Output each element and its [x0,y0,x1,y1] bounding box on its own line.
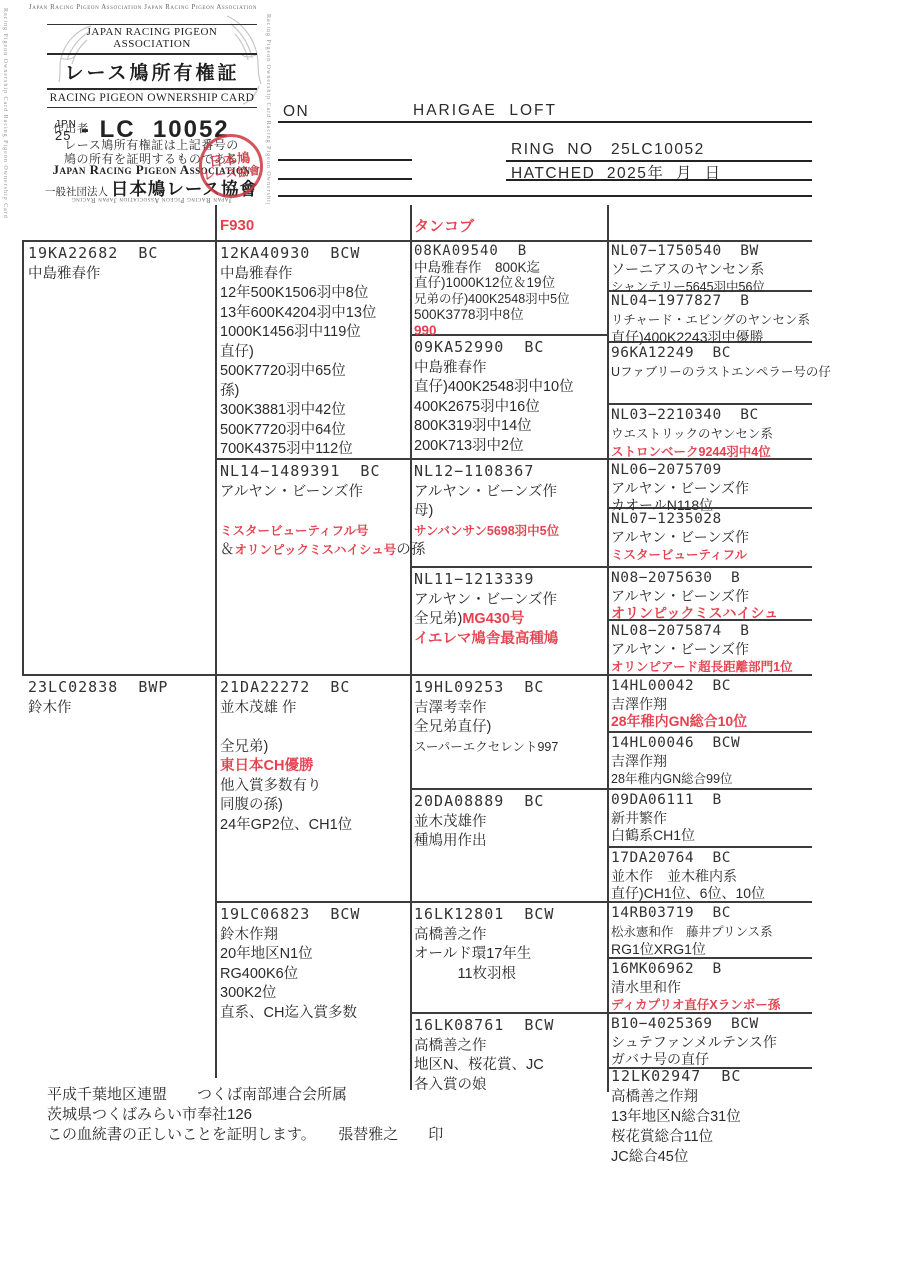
table-border [607,846,812,848]
ring-no-field: RING NO 25LC10052 [511,141,705,159]
card-bottom-strip-text: Japan Racing Pigeon Association Japan Ra… [25,196,278,203]
pedigree-cell-g3-4: NL11−1213339アルヤン・ビーンズ作全兄弟)MG430号イエレマ鳩舎最高… [414,570,604,649]
pedigree-cell-sire: 19KA22682 BC中島雅春作 [28,244,211,284]
table-border [410,566,812,568]
sire-grandsire-nickname-label: タンコブ [414,215,474,236]
table-border [22,240,24,676]
pedigree-cell-g4-8: NL08−2075874 Bアルヤン・ビーンズ作オリンピアード超長距離部門1位 [611,622,811,677]
footer-certification-line: この血統書の正しいことを証明します。 張替雅之 印 [47,1125,443,1145]
pedigree-cell-g4-11: 09DA06111 B新井繁作白鶴系CH1位 [611,791,811,845]
table-border [215,205,217,1078]
pedigree-cell-g4-5: NL06−2075709アルヤン・ビーンズ作カオールN118位 [611,461,811,515]
card-top-strip-text: Japan Racing Pigeon Association Japan Ra… [29,4,257,11]
card-title-english: RACING PIGEON OWNERSHIP CARD [47,90,257,108]
pedigree-cell-sire-sire: 12KA40930 BCW中島雅春作12年500K1506羽中8位13年600K… [220,244,406,460]
footer-federation-line: 平成千葉地区連盟 つくば南部連合会所属 [47,1085,347,1105]
pedigree-cell-g3-6: 20DA08889 BC並木茂雄作種鳩用作出 [414,792,604,852]
hatched-underline [506,179,812,181]
card-association-en: JAPAN RACING PIGEON ASSOCIATION [47,24,257,50]
table-border [607,731,812,733]
hidden-field-line-2 [278,178,412,180]
pedigree-cell-g3-1: 08KA09540 B中島雅春作 800K迄直仔)1000K12位＆19位兄弟の… [414,243,604,338]
loft-name-fragment: ON [283,103,309,121]
pedigree-cell-g4-9: 14HL00042 BC吉澤作翔28年稚内GN総合10位 [611,677,811,731]
pedigree-cell-g4-13: 14RB03719 BC松永憲和作 藤井プリンス系RG1位XRG1位 [611,904,811,959]
pedigree-cell-g4-12: 17DA20764 BC並木作 並木稚内系直仔)CH1位、6位、10位 [611,849,811,903]
pedigree-document: Racing Pigeon Ownership Card Racing Pige… [0,0,900,1272]
pedigree-cell-g3-3: NL12−1108367アルヤン・ビーンズ作母)サンバンサン5698羽中5位 [414,462,604,541]
header-bottom-line [278,195,812,197]
table-border [410,205,412,1090]
footer-address-line: 茨城県つくばみらい市奉社126 [47,1105,252,1125]
hidden-field-line-1 [278,159,412,161]
loft-underline [278,121,812,123]
pedigree-cell-g4-16: 12LK02947 BC高橋善之作翔13年地区N総合31位桜花賞総合11位JC総… [611,1066,811,1167]
pedigree-cell-dam-dam: 19LC06823 BCW鈴木作翔20年地区N1位RG400K6位300K2位直… [220,905,406,1023]
pedigree-cell-g4-10: 14HL00046 BCW吉澤作翔28年稚内GN総合99位 [611,734,811,789]
pedigree-cell-g4-2: NL04−1977827 Bリチャード・エビングのヤンセン系直仔)400K224… [611,292,811,347]
sire-sire-nickname-label: F930 [220,217,254,234]
pedigree-cell-g3-8: 16LK08761 BCW高橋善之作地区N、桜花賞、JC各入賞の娘 [414,1016,604,1095]
table-border [607,403,812,405]
ownership-card: Japan Racing Pigeon Association Japan Ra… [25,4,278,212]
pedigree-cell-g3-2: 09KA52990 BC中島雅春作直仔)400K2548羽中10位400K267… [414,338,604,456]
pedigree-cell-g4-1: NL07−1750540 BWソーニアスのヤンセン系シャンテリー5645羽中56… [611,242,811,297]
breeder-label: 作出者 [53,120,89,136]
pedigree-cell-sire-dam: NL14−1489391 BCアルヤン・ビーンズ作 ミスタービューティフル号＆オ… [220,462,406,561]
pedigree-cell-g3-7: 16LK12801 BCW高橋善之作オールド環17年生 11枚羽根 [414,905,604,984]
page-edge-rotated-text: Racing Pigeon Ownership Card Racing Pige… [2,8,8,218]
loft-name: HARIGAE LOFT [413,102,557,120]
pedigree-cell-g4-7: N08−2075630 Bアルヤン・ビーンズ作オリンピックミスハイシュ [611,569,811,623]
card-title-japanese: レース鳩所有権証 [47,53,257,90]
pedigree-cell-g4-15: B10−4025369 BCWシュテファンメルテンス作ガバナ号の直仔 [611,1015,811,1069]
pedigree-cell-g4-3: 96KA12249 BCUファブリーのラストエンペラー号の仔 [611,344,811,381]
pedigree-cell-g4-6: NL07−1235028アルヤン・ビーンズ作ミスタービューティフル [611,510,811,565]
pedigree-cell-g3-5: 19HL09253 BC吉澤考幸作全兄弟直仔)スーパーエクセレント997 [414,678,604,757]
pedigree-cell-dam-sire: 21DA22272 BC並木茂雄 作 全兄弟)東日本CH優勝他入賞多数有り同腹の… [220,678,406,835]
pedigree-cell-g4-14: 16MK06962 B清水里和作ディカプリオ直仔Xランボー孫 [611,960,811,1015]
pedigree-cell-dam: 23LC02838 BWP鈴木作 [28,678,211,718]
pedigree-cell-g4-4: NL03−2210340 BCウエストリックのヤンセン系ストロンベーク9244羽… [611,406,811,462]
